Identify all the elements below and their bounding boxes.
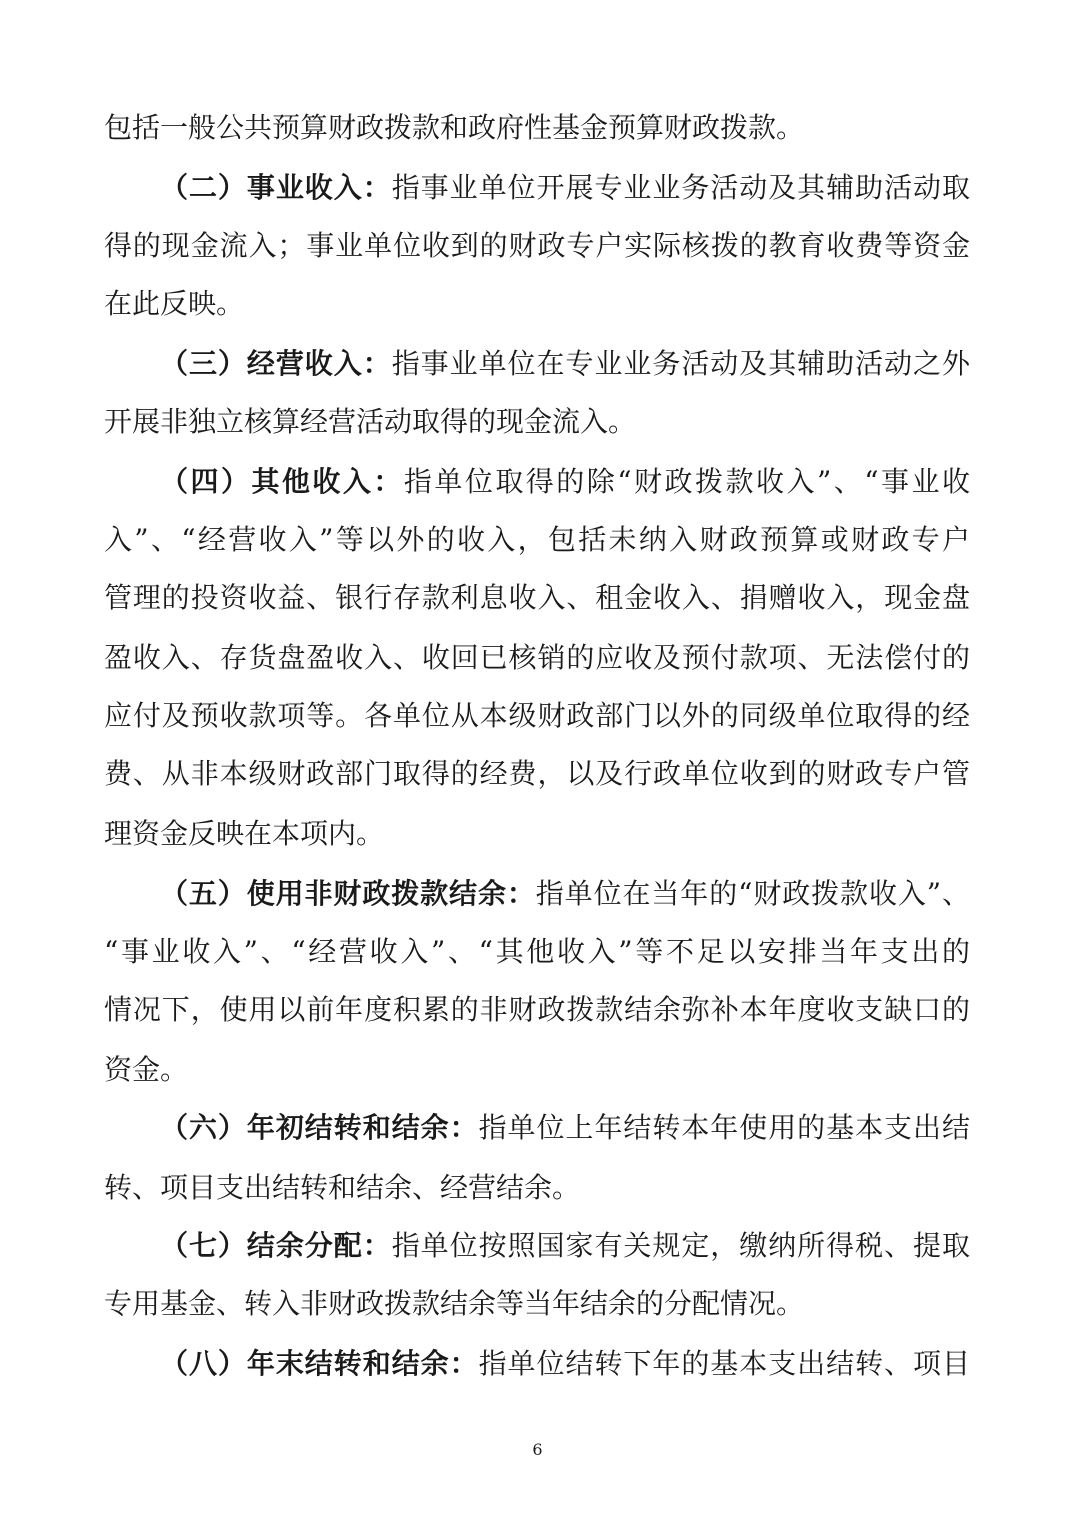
paragraph-line: 应付及预收款项等。各单位从本级财政部门以外的同级单位取得的经 bbox=[104, 696, 970, 736]
line-text: 费、从非本级财政部门取得的经费，以及行政单位收到的财政专户管 bbox=[104, 757, 970, 790]
paragraph-line: 开展非独立核算经营活动取得的现金流入。 bbox=[104, 402, 970, 442]
line-text: 指单位按照国家有关规定，缴纳所得税、提取 bbox=[392, 1229, 970, 1262]
paragraph-line: 包括一般公共预算财政拨款和政府性基金预算财政拨款。 bbox=[104, 108, 970, 148]
section-heading-line: （七）结余分配：指单位按照国家有关规定，缴纳所得税、提取 bbox=[160, 1226, 970, 1266]
line-text: 管理的投资收益、银行存款利息收入、租金收入、捐赠收入，现金盘 bbox=[104, 581, 970, 614]
paragraph-line: 管理的投资收益、银行存款利息收入、租金收入、捐赠收入，现金盘 bbox=[104, 578, 970, 618]
section-heading-line: （八）年末结转和结余：指单位结转下年的基本支出结转、项目 bbox=[160, 1344, 970, 1384]
section-term: （二）事业收入： bbox=[160, 171, 392, 204]
section-heading-line: （六）年初结转和结余：指单位上年结转本年使用的基本支出结 bbox=[160, 1108, 970, 1148]
section-heading-line: （二）事业收入：指事业单位开展专业业务活动及其辅助活动取 bbox=[160, 168, 970, 208]
section-heading-line: （三）经营收入：指事业单位在专业业务活动及其辅助活动之外 bbox=[160, 344, 970, 384]
paragraph-line: 盈收入、存货盘盈收入、收回已核销的应收及预付款项、无法偿付的 bbox=[104, 638, 970, 678]
paragraph-line: 入”、“经营收入”等以外的收入，包括未纳入财政预算或财政专户 bbox=[104, 520, 970, 560]
line-text: 指单位取得的除“财政拨款收入”、“事业收 bbox=[404, 465, 970, 498]
line-text: 盈收入、存货盘盈收入、收回已核销的应收及预付款项、无法偿付的 bbox=[104, 641, 970, 674]
paragraph-line: 理资金反映在本项内。 bbox=[104, 814, 970, 854]
paragraph-line: 得的现金流入；事业单位收到的财政专户实际核拨的教育收费等资金 bbox=[104, 226, 970, 266]
line-text: 专用基金、转入非财政拨款结余等当年结余的分配情况。 bbox=[104, 1287, 804, 1320]
line-text: 包括一般公共预算财政拨款和政府性基金预算财政拨款。 bbox=[104, 111, 804, 144]
line-text: 指事业单位在专业业务活动及其辅助活动之外 bbox=[392, 347, 970, 380]
line-text: 情况下，使用以前年度积累的非财政拨款结余弥补本年度收支缺口的 bbox=[104, 993, 970, 1026]
paragraph-line: 费、从非本级财政部门取得的经费，以及行政单位收到的财政专户管 bbox=[104, 754, 970, 794]
section-term: （八）年末结转和结余： bbox=[160, 1347, 479, 1380]
line-text: 开展非独立核算经营活动取得的现金流入。 bbox=[104, 405, 636, 438]
section-term: （六）年初结转和结余： bbox=[160, 1111, 479, 1144]
line-text: 入”、“经营收入”等以外的收入，包括未纳入财政预算或财政专户 bbox=[104, 523, 970, 556]
section-heading-line: （四）其他收入：指单位取得的除“财政拨款收入”、“事业收 bbox=[160, 462, 970, 502]
paragraph-line: 情况下，使用以前年度积累的非财政拨款结余弥补本年度收支缺口的 bbox=[104, 990, 970, 1030]
line-text: 转、项目支出结转和结余、经营结余。 bbox=[104, 1171, 580, 1204]
page-number: 6 bbox=[0, 1440, 1075, 1459]
line-text: 应付及预收款项等。各单位从本级财政部门以外的同级单位取得的经 bbox=[104, 699, 970, 732]
line-text: 理资金反映在本项内。 bbox=[104, 817, 384, 850]
paragraph-line: 资金。 bbox=[104, 1050, 970, 1090]
line-text: 得的现金流入；事业单位收到的财政专户实际核拨的教育收费等资金 bbox=[104, 229, 970, 262]
line-text: 指单位在当年的“财政拨款收入”、 bbox=[536, 877, 970, 910]
paragraph-line: 在此反映。 bbox=[104, 284, 970, 324]
section-term: （五）使用非财政拨款结余： bbox=[160, 877, 536, 910]
paragraph-line: “事业收入”、“经营收入”、“其他收入”等不足以安排当年支出的 bbox=[104, 932, 970, 972]
line-text: 指单位上年结转本年使用的基本支出结 bbox=[479, 1111, 970, 1144]
section-term: （七）结余分配： bbox=[160, 1229, 392, 1262]
section-term: （三）经营收入： bbox=[160, 347, 392, 380]
document-page: 包括一般公共预算财政拨款和政府性基金预算财政拨款。（二）事业收入：指事业单位开展… bbox=[0, 0, 1075, 1520]
paragraph-line: 专用基金、转入非财政拨款结余等当年结余的分配情况。 bbox=[104, 1284, 970, 1324]
line-text: 资金。 bbox=[104, 1053, 188, 1086]
line-text: “事业收入”、“经营收入”、“其他收入”等不足以安排当年支出的 bbox=[104, 935, 970, 968]
line-text: 指单位结转下年的基本支出结转、项目 bbox=[479, 1347, 970, 1380]
section-heading-line: （五）使用非财政拨款结余：指单位在当年的“财政拨款收入”、 bbox=[160, 874, 970, 914]
paragraph-line: 转、项目支出结转和结余、经营结余。 bbox=[104, 1168, 970, 1208]
section-term: （四）其他收入： bbox=[160, 465, 404, 498]
line-text: 在此反映。 bbox=[104, 287, 244, 320]
line-text: 指事业单位开展专业业务活动及其辅助活动取 bbox=[392, 171, 970, 204]
